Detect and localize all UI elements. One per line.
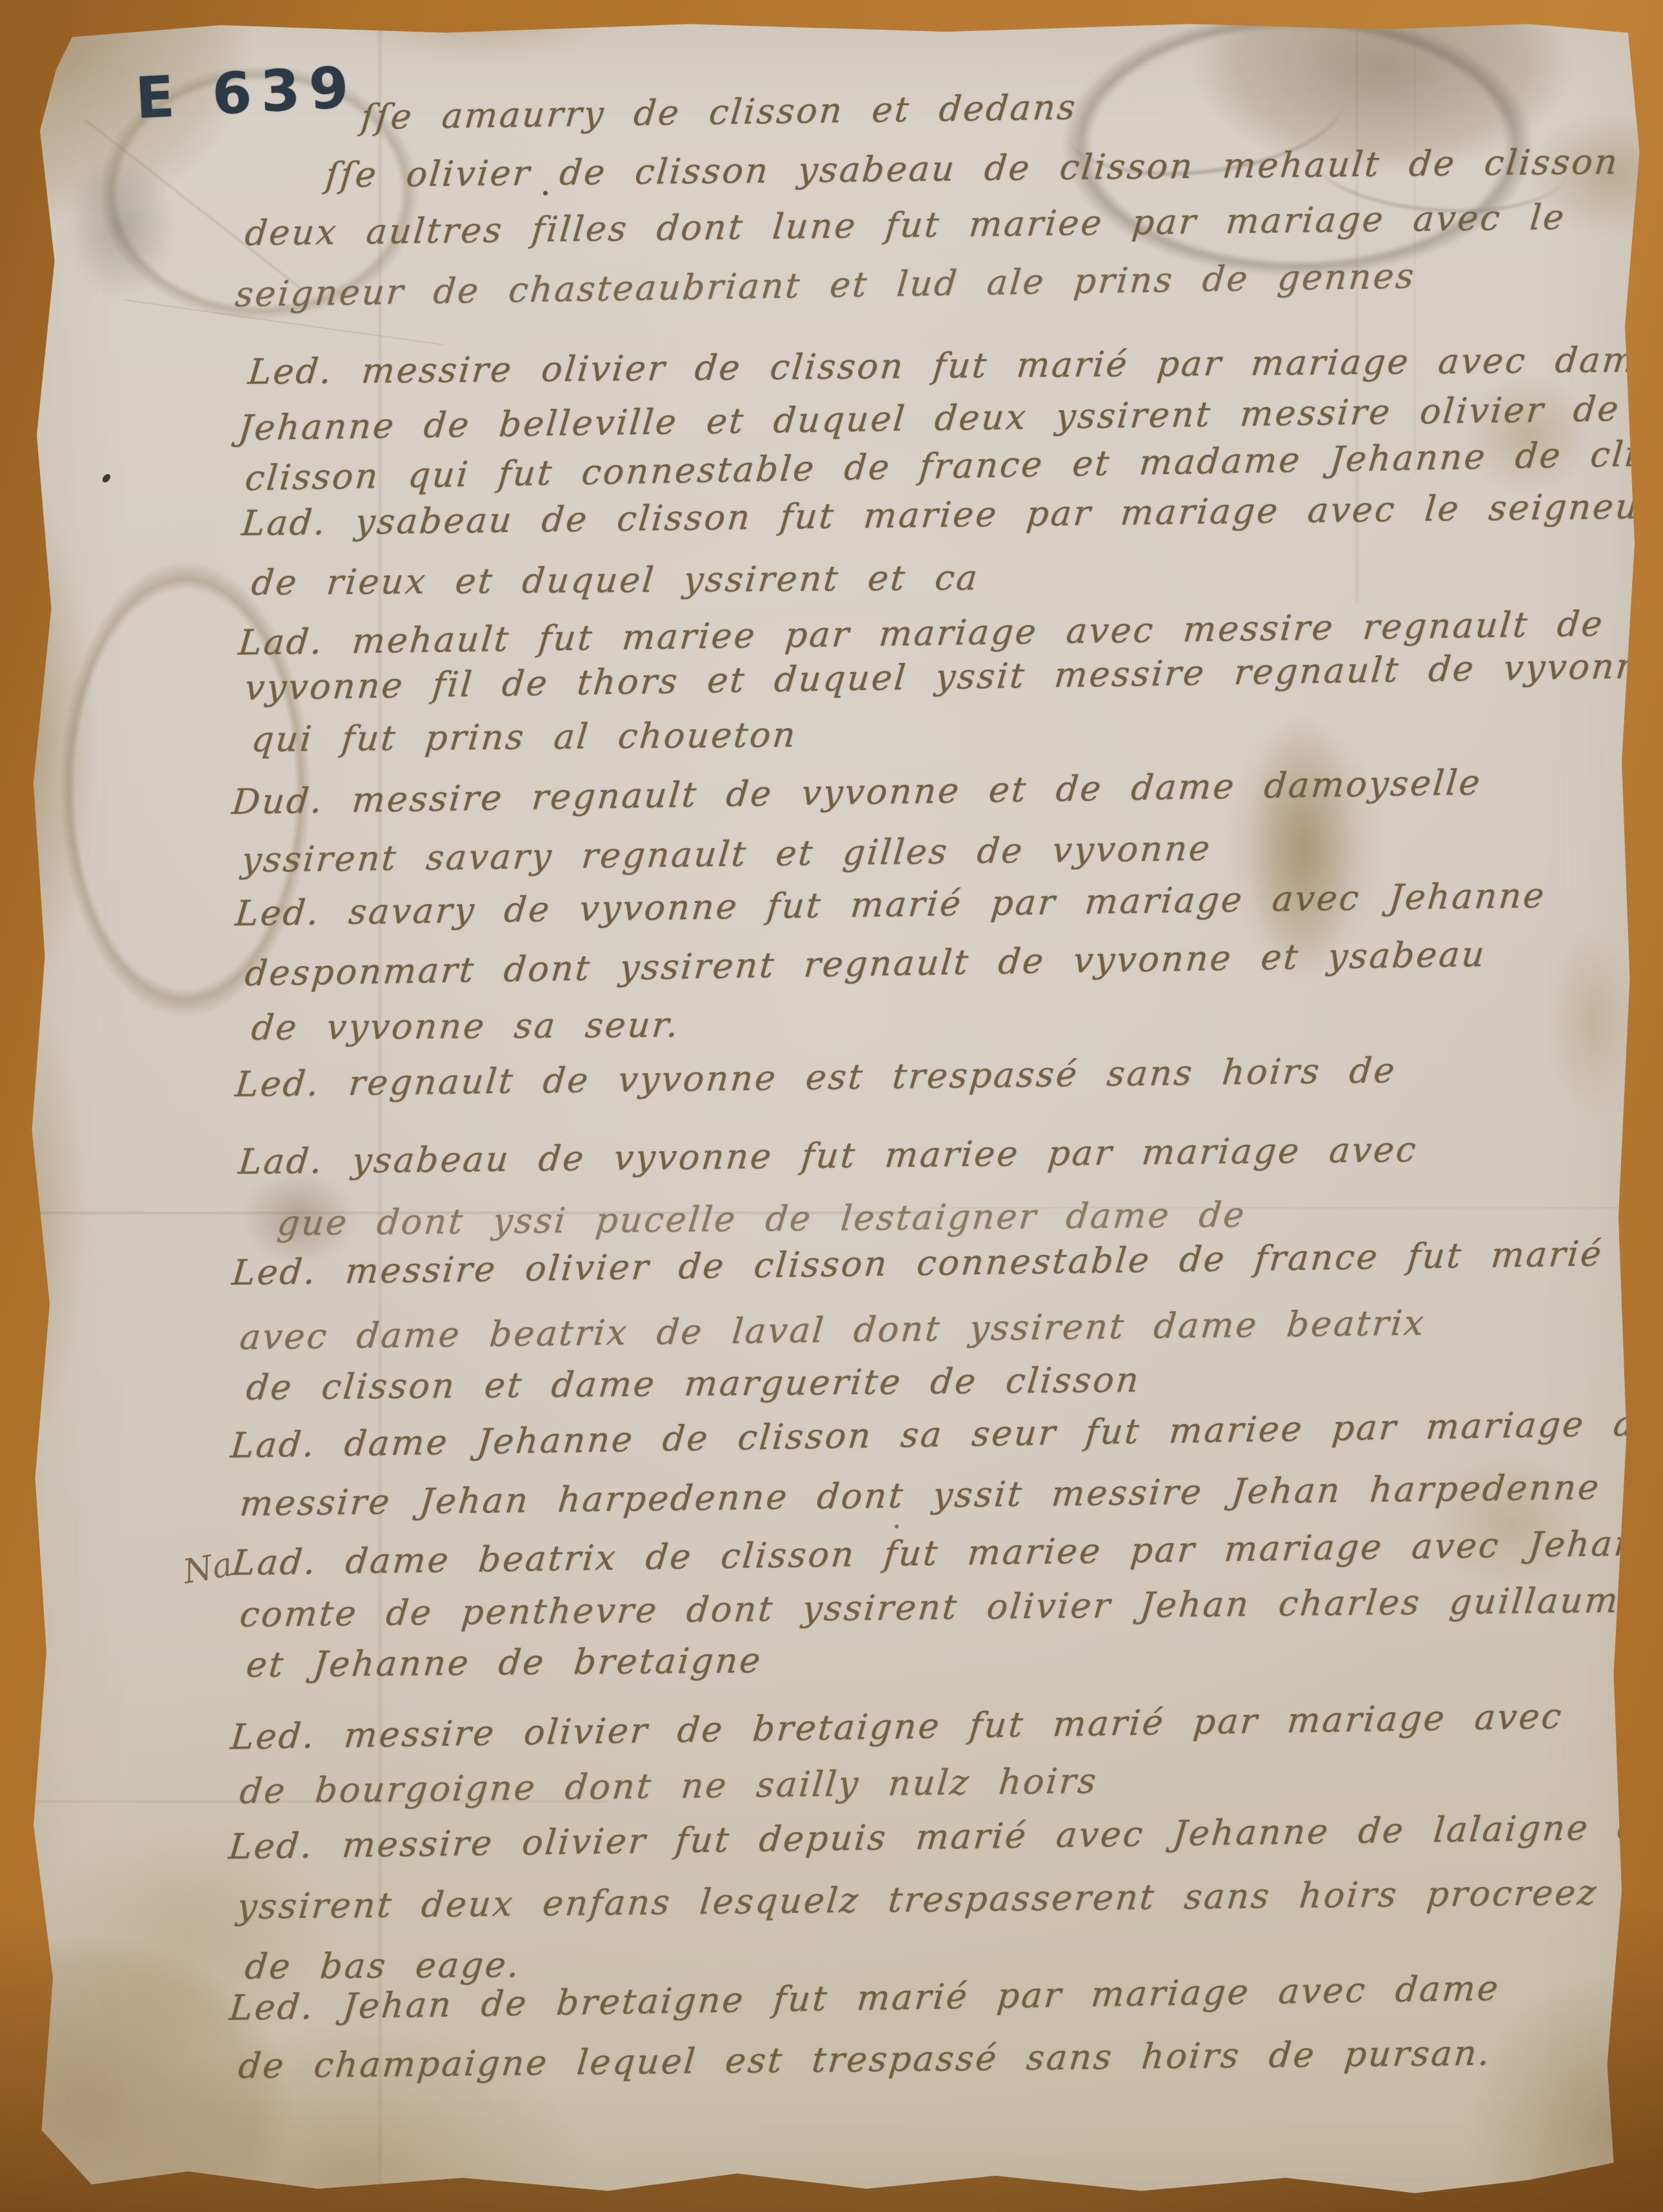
- manuscript-line: messire Jehan harpedenne dont yssit mess…: [238, 1466, 1602, 1524]
- manuscript-line: comte de penthevre dont yssirent olivier…: [238, 1579, 1644, 1635]
- manuscript-line: Lad. ysabeau de vyvonne fut mariee par m…: [237, 1129, 1420, 1182]
- manuscript-line: Led. messire olivier de clisson fut mari…: [246, 339, 1662, 392]
- manuscript-line: Lad. dame beatrix de clisson fut mariee …: [230, 1523, 1640, 1584]
- diagonal-crease-top-left-1: [84, 119, 304, 291]
- manuscript-line: avec dame beatrix de laval dont yssirent…: [238, 1303, 1428, 1358]
- manuscript-line: de vyvonne sa seur.: [250, 1004, 682, 1048]
- manuscript-line: de rieux et duquel yssirent et ca: [250, 557, 981, 603]
- stain-patch-top-left: [66, 151, 175, 299]
- manuscript-line: qui fut prins al choueton: [250, 715, 799, 760]
- manuscript-line: et Jehanne de bretaigne: [244, 1640, 764, 1685]
- manuscript-line: yssirent savary regnault et gilles de vy…: [240, 828, 1213, 880]
- manuscript-line: Dud. messire regnault de vyvonne et de d…: [230, 762, 1484, 823]
- manuscript-line: de champaigne lequel est trespassé sans …: [237, 2033, 1493, 2086]
- manuscript-line: Led. messire olivier fut depuis marié av…: [227, 1806, 1663, 1867]
- manuscript-line: Led. messire olivier de bretaigne fut ma…: [229, 1696, 1565, 1758]
- manuscript-line: de bourgoigne dont ne sailly nulz hoirs: [238, 1761, 1099, 1812]
- vertical-fold-crease: [379, 22, 381, 2195]
- manuscript-line: desponmart dont yssirent regnault de vyv…: [243, 934, 1488, 994]
- manuscript-line: gue dont yssi pucelle de lestaigner dame…: [275, 1194, 1248, 1243]
- manuscript-line: Led. regnault de vyvonne est trespassé s…: [234, 1050, 1398, 1105]
- manuscript-page: E 639 Na ſſe amaurry de clisson et dedan…: [27, 22, 1641, 2195]
- manuscript-line: ſſe amaurry de clisson et dedans: [359, 86, 1079, 137]
- ink-speck: [895, 1525, 899, 1528]
- manuscript-line: seigneur de chasteaubriant et lud ale pr…: [234, 255, 1417, 315]
- archive-reference-mark: E 639: [134, 54, 359, 132]
- manuscript-line: de bas eage.: [243, 1944, 523, 1987]
- manuscript-line: deux aultres filles dont lune fut mariee…: [243, 197, 1568, 253]
- manuscript-line: Lad. dame Jehanne de clisson sa seur fut…: [229, 1402, 1663, 1466]
- manuscript-line: de clisson et dame marguerite de clisson: [244, 1359, 1142, 1408]
- manuscript-line: yssirent deux enfans lesquelz trespasser…: [235, 1872, 1600, 1927]
- desk-surface: { "document": { "type": "manuscript-page…: [0, 0, 1663, 2212]
- manuscript-line: Led. savary de vyvonne fut marié par mar…: [234, 875, 1548, 934]
- ink-blot: [101, 473, 112, 484]
- margin-note: Na: [180, 1545, 235, 1592]
- manuscript-line: ſſe olivier de clisson ysabeau de clisso…: [324, 141, 1663, 195]
